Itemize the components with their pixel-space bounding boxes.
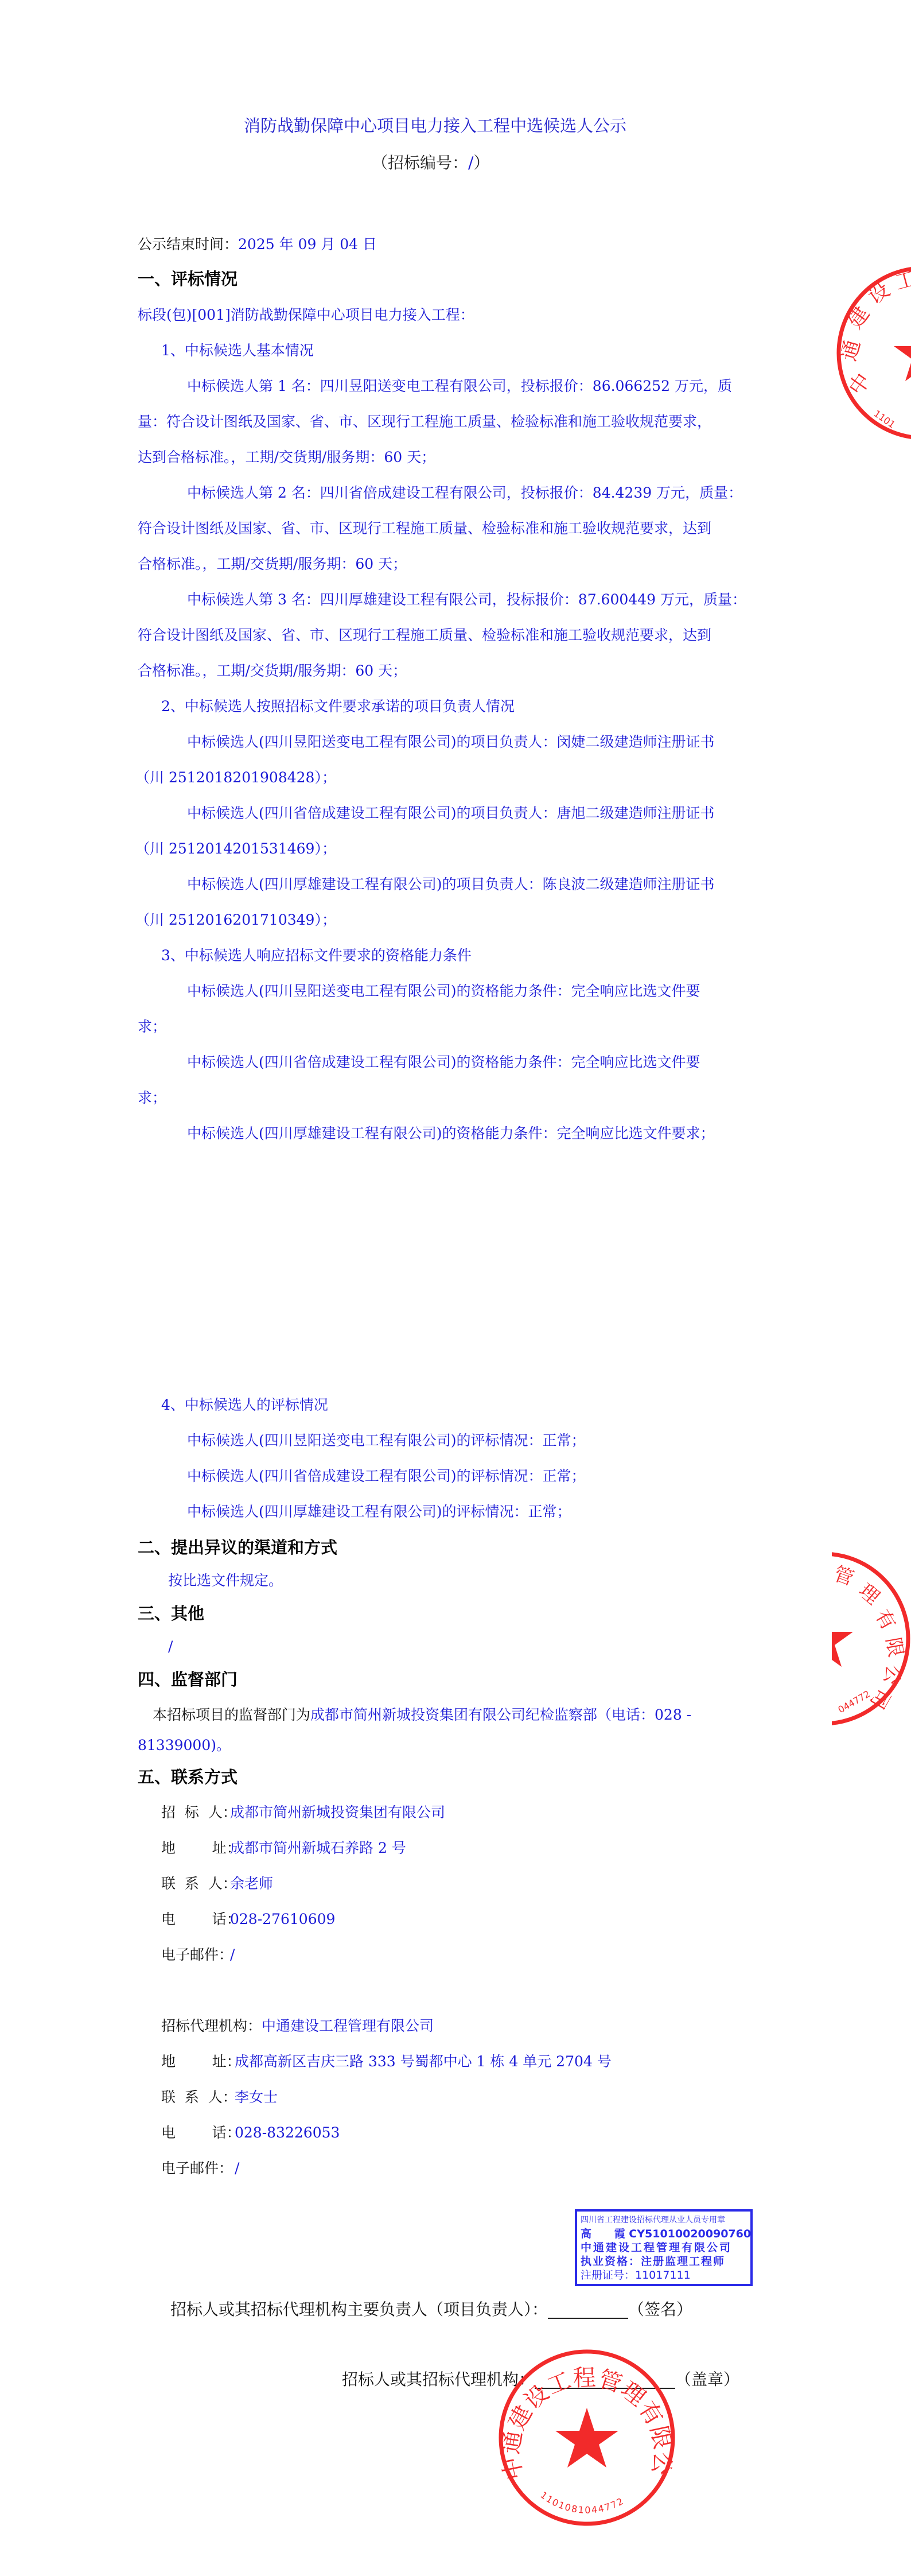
section-heading-objection: 二、提出异议的渠道和方式 — [138, 1538, 337, 1557]
candidate-2-line2: 符合设计图纸及国家、省、市、区现行工程施工质量、检验标准和施工验收规范要求，达到 — [138, 519, 711, 538]
document-page: 消防战勤保障中心项目电力接入工程中选候选人公示 （招标编号：/） 公示结束时间：… — [0, 0, 911, 2576]
subheading-evaluation: 4、中标候选人的评标情况 — [161, 1396, 328, 1414]
agency-phone-value: 028-83226053 — [235, 2124, 340, 2141]
tenderer-email-row: 电子邮件：/ — [161, 1946, 235, 1964]
svg-text:有: 有 — [870, 1606, 900, 1634]
svg-text:设: 设 — [864, 278, 894, 309]
candidate-3-line2: 符合设计图纸及国家、省、市、区现行工程施工质量、检验标准和施工验收规范要求，达到 — [138, 626, 711, 645]
section-heading-evaluation: 一、评标情况 — [138, 270, 238, 288]
agency-email-row: 电子邮件：/ — [161, 2159, 239, 2178]
leader-1-line2: （川 2512018201908428）； — [135, 769, 336, 787]
tenderer-phone-label: 电 话： — [161, 1910, 230, 1929]
tenderer-name-value: 成都市简州新城投资集团有限公司 — [230, 1804, 445, 1821]
candidate-1-line1: 中标候选人第 1 名：四川昱阳送变电工程有限公司，投标报价：86.066252 … — [187, 377, 732, 395]
svg-text:工: 工 — [893, 267, 911, 295]
svg-text:公: 公 — [879, 1663, 905, 1686]
red-seal-icon-agency: 中通建设工程管理有限公司 1101081044772 — [492, 2343, 682, 2532]
seal-number: 1101081044772 — [538, 2489, 626, 2516]
tenderer-email-label: 电子邮件： — [161, 1946, 230, 1964]
signature-blank[interactable] — [548, 2302, 588, 2319]
red-seal-icon-middle: 管 理 有 限 公 司 044772 — [832, 1550, 911, 1731]
leader-1-line1: 中标候选人(四川昱阳送变电工程有限公司)的项目负责人：闵婕二级建造师注册证书 — [187, 733, 715, 751]
svg-text:理: 理 — [854, 1579, 884, 1609]
evaluation-3: 中标候选人(四川厚雄建设工程有限公司)的评标情况：正常； — [187, 1503, 571, 1521]
tenderer-name-row: 招 标 人：成都市简州新城投资集团有限公司 — [161, 1803, 445, 1822]
tender-number-prefix: （招标编号： — [372, 153, 468, 172]
agency-phone-row: 电 话：028-83226053 — [161, 2124, 340, 2142]
qualification-3-line1: 中标候选人(四川厚雄建设工程有限公司)的资格能力条件：完全响应比选文件要求； — [187, 1124, 715, 1143]
responsible-signature-row: 招标人或其招标代理机构主要负责人（项目负责人）：（签名） — [170, 2300, 692, 2319]
agency-address-row: 地 址：成都高新区吉庆三路 333 号蜀都中心 1 栋 4 单元 2704 号 — [161, 2053, 612, 2071]
tenderer-address-label: 地 址： — [161, 1839, 230, 1857]
leader-2-line2: （川 2512014201531469）； — [135, 840, 336, 858]
org-seal-suffix: （盖章） — [675, 2370, 739, 2389]
leader-3-line1: 中标候选人(四川厚雄建设工程有限公司)的项目负责人：陈良波二级建造师注册证书 — [187, 875, 715, 894]
subheading-qualification: 3、中标候选人响应招标文件要求的资格能力条件 — [161, 946, 472, 965]
red-seal-icon-top: 中 通 建 设 工 1101 — [832, 261, 911, 445]
candidate-1-line3: 达到合格标准。，工期/交货期/服务期：60 天； — [138, 448, 435, 467]
stamp-line-1: 四川省工程建设招标代理从业人员专用章 — [581, 2213, 747, 2227]
subheading-basic-info: 1、中标候选人基本情况 — [161, 342, 314, 360]
tenderer-name-label: 招 标 人： — [161, 1803, 230, 1822]
tenderer-contact-label: 联 系 人： — [161, 1875, 230, 1893]
agency-email-value: / — [235, 2160, 239, 2177]
qualification-1-line2: 求； — [138, 1018, 166, 1036]
svg-text:限: 限 — [881, 1636, 907, 1659]
agency-name-row: 招标代理机构：中通建设工程管理有限公司 — [161, 2017, 434, 2035]
tender-number-suffix: ） — [473, 153, 489, 172]
other-text: / — [168, 1638, 173, 1656]
qualification-2-line2: 求； — [138, 1089, 166, 1107]
svg-text:建: 建 — [843, 302, 874, 333]
evaluation-1: 中标候选人(四川昱阳送变电工程有限公司)的评标情况：正常； — [187, 1431, 586, 1450]
agency-name-value: 中通建设工程管理有限公司 — [262, 2018, 434, 2034]
publicity-end-time: 公示结束时间：2025 年 09 月 04 日 — [138, 235, 377, 254]
tenderer-contact-value: 余老师 — [230, 1875, 273, 1892]
leader-3-line2: （川 2512016201710349）； — [135, 911, 336, 929]
supervision-line2: 81339000)。 — [138, 1736, 231, 1755]
qualification-2-line1: 中标候选人(四川省倍成建设工程有限公司)的资格能力条件：完全响应比选文件要 — [187, 1053, 700, 1072]
end-time-value: 2025 年 09 月 04 日 — [238, 236, 377, 253]
evaluation-2: 中标候选人(四川省倍成建设工程有限公司)的评标情况：正常； — [187, 1467, 586, 1485]
agency-contact-value: 李女士 — [235, 2089, 278, 2105]
tenderer-contact-row: 联 系 人：余老师 — [161, 1875, 273, 1893]
svg-text:通: 通 — [837, 337, 865, 363]
section-heading-supervision: 四、监督部门 — [138, 1670, 238, 1689]
tenderer-address-value: 成都市简州新城石养路 2 号 — [230, 1840, 406, 1856]
tenderer-address-row: 地 址：成都市简州新城石养路 2 号 — [161, 1839, 406, 1857]
candidate-3-line1: 中标候选人第 3 名：四川厚雄建设工程有限公司，投标报价：87.600449 万… — [187, 591, 746, 609]
candidate-2-line1: 中标候选人第 2 名：四川省倍成建设工程有限公司，投标报价：84.4239 万元… — [187, 484, 742, 502]
qualification-1-line1: 中标候选人(四川昱阳送变电工程有限公司)的资格能力条件：完全响应比选文件要 — [187, 982, 700, 1000]
tenderer-email-value: / — [230, 1946, 235, 1963]
page-title: 消防战勤保障中心项目电力接入工程中选候选人公示 — [244, 117, 626, 135]
candidate-3-line3: 合格标准。，工期/交货期/服务期：60 天； — [138, 662, 407, 680]
candidate-2-line3: 合格标准。，工期/交货期/服务期：60 天； — [138, 555, 407, 573]
stamp-line-3: 中通建设工程管理有限公司 — [581, 2241, 747, 2255]
stamp-line-2: 高 霞 CY51010020090760 — [581, 2227, 747, 2241]
tenderer-phone-value: 028-27610609 — [230, 1911, 335, 1927]
tender-number: （招标编号：/） — [372, 154, 489, 172]
supervision-line1: 本招标项目的监督部门为成都市简州新城投资集团有限公司纪检监察部（电话：028 - — [153, 1706, 691, 1724]
agency-phone-label: 电 话： — [161, 2124, 235, 2142]
svg-text:1101081044772: 1101081044772 — [538, 2489, 626, 2516]
responsible-signature-label: 招标人或其招标代理机构主要负责人（项目负责人）： — [170, 2300, 548, 2319]
agent-practitioner-stamp: 四川省工程建设招标代理从业人员专用章 高 霞 CY51010020090760 … — [575, 2209, 753, 2286]
section-heading-contact: 五、联系方式 — [138, 1768, 238, 1786]
section-heading-other: 三、其他 — [138, 1604, 204, 1623]
signature-blank-extension — [588, 2302, 628, 2319]
svg-text:管: 管 — [832, 1562, 857, 1590]
agency-contact-row: 联 系 人：李女士 — [161, 2088, 278, 2106]
supervision-prefix: 本招标项目的监督部门为 — [153, 1706, 310, 1723]
agency-address-label: 地 址： — [161, 2053, 235, 2071]
objection-text: 按比选文件规定。 — [168, 1572, 283, 1590]
agency-email-label: 电子邮件： — [161, 2159, 235, 2178]
tenderer-phone-row: 电 话：028-27610609 — [161, 1910, 335, 1929]
stamp-line-4: 执业资格：注册监理工程师 — [581, 2255, 747, 2268]
end-time-label: 公示结束时间： — [138, 236, 238, 253]
responsible-signature-suffix: （签名） — [628, 2300, 692, 2319]
lot-title: 标段(包)[001]消防战勤保障中心项目电力接入工程： — [138, 306, 474, 324]
agency-name-label: 招标代理机构： — [161, 2017, 262, 2035]
candidate-1-line2: 量：符合设计图纸及国家、省、市、区现行工程施工质量、检验标准和施工验收规范要求， — [138, 413, 711, 431]
stamp-line-5: 注册证号：11017111 — [581, 2268, 747, 2282]
agency-contact-label: 联 系 人： — [161, 2088, 235, 2106]
agency-address-value: 成都高新区吉庆三路 333 号蜀都中心 1 栋 4 单元 2704 号 — [235, 2053, 612, 2070]
subheading-project-leader: 2、中标候选人按照招标文件要求承诺的项目负责人情况 — [161, 697, 515, 716]
leader-2-line1: 中标候选人(四川省倍成建设工程有限公司)的项目负责人：唐旭二级建造师注册证书 — [187, 804, 715, 823]
supervision-department: 成都市简州新城投资集团有限公司纪检监察部（电话：028 - — [310, 1706, 691, 1723]
